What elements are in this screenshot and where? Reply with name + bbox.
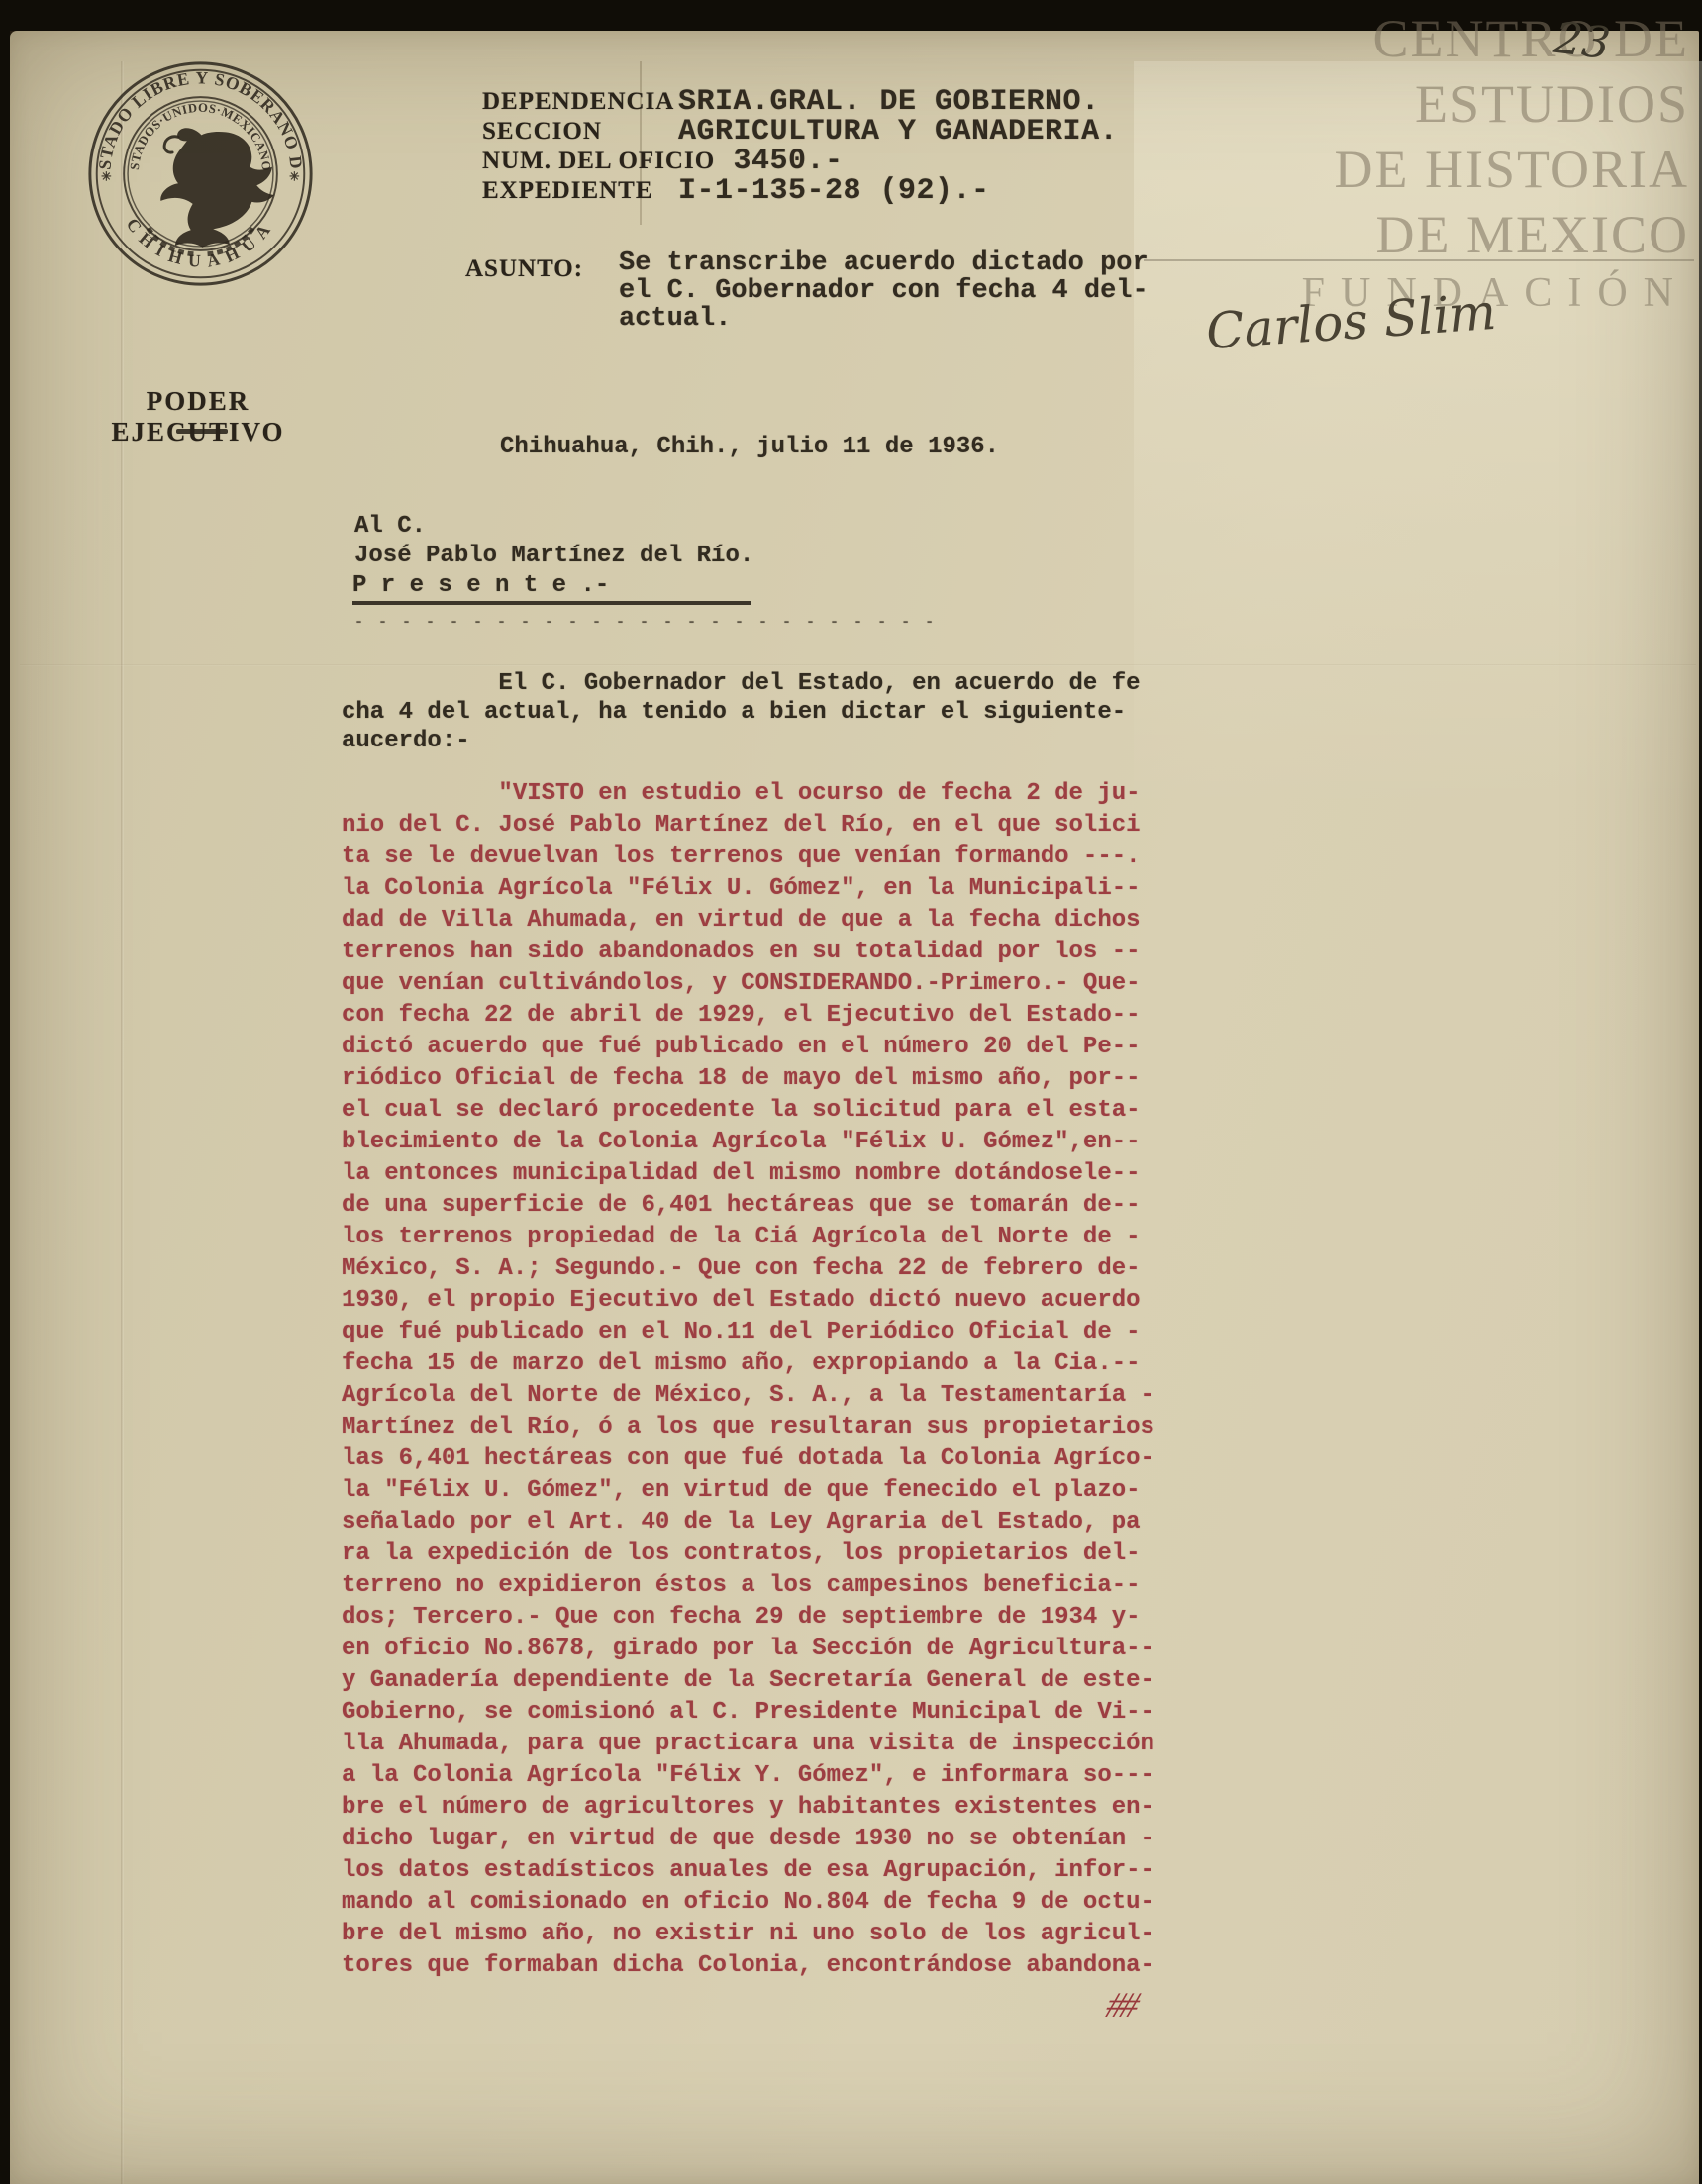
field-value: AGRICULTURA Y GANADERIA.	[678, 115, 1118, 149]
header-field: DEPENDENCIASRIA.GRAL. DE GOBIERNO.	[482, 85, 1100, 119]
state-seal: ESTADO LIBRE Y SOBERANO DE CHIHUAHUA EST…	[84, 57, 317, 290]
paper-crease	[121, 61, 124, 2184]
office-title-rule	[176, 429, 228, 434]
handwritten-page-number: 23	[1552, 13, 1613, 69]
office-title: PODER EJECUTIVO	[59, 386, 337, 447]
field-value: 3450.-	[678, 145, 844, 178]
field-label: DEPENDENCIA	[482, 88, 678, 116]
snake-icon	[164, 137, 178, 152]
document-photo: CENTRO DE ESTUDIOS DE HISTORIA DE MEXICO…	[0, 0, 1702, 2184]
field-value: I-1-135-28 (92).-	[678, 174, 990, 208]
paper-crease	[20, 664, 1696, 666]
watermark-line: ESTUDIOS	[1415, 73, 1689, 135]
header-field: SECCIONAGRICULTURA Y GANADERIA.	[482, 115, 1118, 149]
dateline: Chihuahua, Chih., julio 11 de 1936.	[500, 434, 999, 460]
asunto-value: Se transcribe acuerdo dictado por el C. …	[619, 249, 1149, 333]
presente-underline: P r e s e n t e .-	[352, 572, 751, 605]
separator-dots: - - - - - - - - - - - - - - - - - - - - …	[354, 614, 937, 631]
header-field: EXPEDIENTEI-1-135-28 (92).-	[482, 174, 990, 208]
field-label: NUM. DEL OFICIO	[482, 148, 678, 175]
watermark-line: DE MEXICO	[1376, 204, 1689, 265]
seal-star-right: ✳	[289, 169, 300, 183]
intro-paragraph: El C. Gobernador del Estado, en acuerdo …	[342, 669, 1141, 755]
transcribed-accord-body: "VISTO en estudio el ocurso de fecha 2 d…	[342, 778, 1154, 1982]
watermark-rule	[1144, 259, 1694, 261]
recipient-line: Al C.	[354, 513, 426, 540]
watermark-line: DE HISTORIA	[1335, 139, 1690, 200]
asunto-label: ASUNTO:	[465, 255, 583, 283]
recipient-line: José Pablo Martínez del Río.	[354, 543, 753, 569]
header-field: NUM. DEL OFICIO 3450.-	[482, 145, 844, 178]
field-value: SRIA.GRAL. DE GOBIERNO.	[678, 85, 1100, 119]
watermark-line: CENTRO DE	[1373, 8, 1689, 69]
field-label: SECCION	[482, 118, 678, 146]
seal-star-left: ✳	[101, 169, 112, 183]
presente-line: P r e s e n t e .-	[352, 572, 751, 605]
field-label: EXPEDIENTE	[482, 177, 678, 205]
